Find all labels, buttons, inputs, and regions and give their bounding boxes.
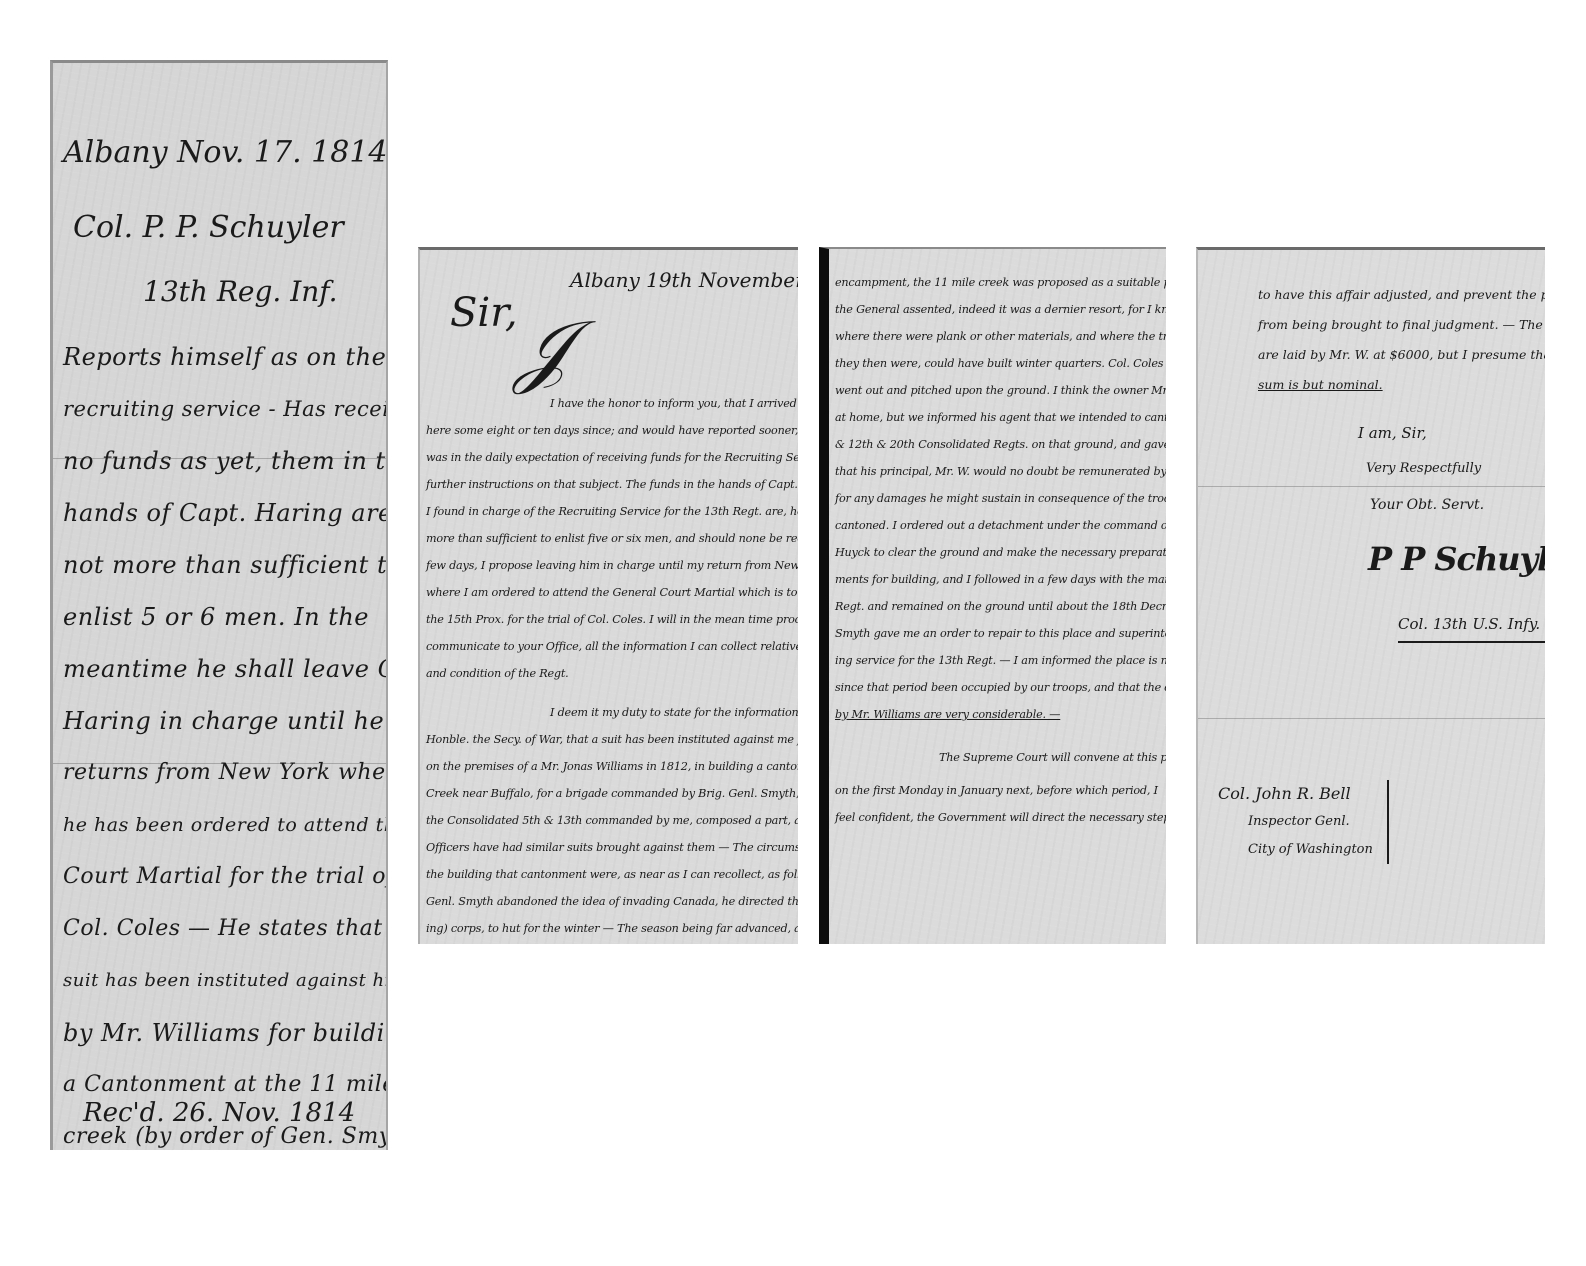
- letter-line: ing) corps, to hut for the winter — The …: [420, 915, 798, 942]
- letter-line: I have the honor to inform you, that I a…: [420, 390, 798, 417]
- letter-line: ing service for the 13th Regt. — I am in…: [829, 647, 1166, 674]
- summary-line: by Mr. Williams for building: [53, 1007, 388, 1059]
- letter-line: feel confident, the Government will dire…: [829, 804, 1166, 831]
- closing-line: Very Respectfully: [1338, 451, 1484, 487]
- letter-line: further instructions on that subject. Th…: [420, 471, 798, 498]
- letter-salutation: Sir,: [450, 290, 518, 336]
- letter-body: encampment, the 11 mile creek was propos…: [829, 269, 1166, 831]
- decorative-initial: 𝒥: [515, 310, 570, 390]
- letter-line: I deem it my duty to state for the infor…: [420, 699, 798, 726]
- summary-line: enlist 5 or 6 men. In the: [53, 591, 388, 643]
- summary-line: he has been ordered to attend the: [53, 799, 388, 851]
- manuscript-page-letter-1: Albany 19th November 1814. Sir, 𝒥 I have…: [418, 247, 798, 944]
- letter-line: was in the daily expectation of receivin…: [420, 444, 798, 471]
- summary-line: returns from New York where: [53, 747, 388, 799]
- letter-line: on the first Monday in January next, bef…: [829, 777, 1166, 804]
- letter-line: the building that cantonment were, as ne…: [420, 861, 798, 888]
- letter-line: at home, but we informed his agent that …: [829, 404, 1166, 431]
- fold-line: [1198, 718, 1545, 719]
- letter-closing: I am, Sir, Very Respectfully Your Obt. S…: [1338, 415, 1484, 523]
- letter-line: where I am ordered to attend the General…: [420, 579, 798, 606]
- letter-line: by Mr. Williams are very considerable. —: [829, 701, 1166, 728]
- letter-line: and condition of the Regt.: [420, 660, 798, 687]
- regiment-heading: 13th Reg. Inf.: [143, 278, 338, 306]
- closing-line: Your Obt. Servt.: [1338, 487, 1484, 523]
- summary-line: no funds as yet, them in the: [53, 435, 388, 487]
- letter-line: on the premises of a Mr. Jonas Williams …: [420, 753, 798, 780]
- letter-line: they then were, could have built winter …: [829, 350, 1166, 377]
- letter-line: the General assented, indeed it was a de…: [829, 296, 1166, 323]
- received-date: Rec'd. 26. Nov. 1814: [83, 1098, 355, 1128]
- summary-line: hands of Capt. Haring are: [53, 487, 388, 539]
- letter-line: cantoned. I ordered out a detachment und…: [829, 512, 1166, 539]
- letter-line: eligible site, or materials for building…: [420, 942, 798, 944]
- manuscript-page-letter-3: to have this affair adjusted, and preven…: [1196, 247, 1545, 944]
- place-date-heading: Albany Nov. 17. 1814: [63, 138, 388, 168]
- letter-line: Smyth gave me an order to repair to this…: [829, 620, 1166, 647]
- officer-name-heading: Col. P. P. Schuyler: [73, 213, 344, 243]
- letter-line: Huyck to clear the ground and make the n…: [829, 539, 1166, 566]
- letter-line: few days, I propose leaving him in charg…: [420, 552, 798, 579]
- letter-line: I found in charge of the Recruiting Serv…: [420, 498, 798, 525]
- letter-line: since that period been occupied by our t…: [829, 674, 1166, 701]
- manuscript-page-register-summary: Albany Nov. 17. 1814 Col. P. P. Schuyler…: [50, 60, 388, 1150]
- letter-line: communicate to your Office, all the info…: [420, 633, 798, 660]
- summary-line: not more than sufficient to: [53, 539, 388, 591]
- summary-line: meantime he shall leave Capt.: [53, 643, 388, 695]
- letter-line: for any damages he might sustain in cons…: [829, 485, 1166, 512]
- letter-line: that his principal, Mr. W. would no doub…: [829, 458, 1166, 485]
- summary-line: Haring in charge until he: [53, 695, 388, 747]
- letter-line: Honble. the Secy. of War, that a suit ha…: [420, 726, 798, 753]
- letter-line: encampment, the 11 mile creek was propos…: [829, 269, 1166, 296]
- letter-line: ments for building, and I followed in a …: [829, 566, 1166, 593]
- letter-line: Officers have had similar suits brought …: [420, 834, 798, 861]
- signature: P P Schuyler: [1368, 540, 1545, 578]
- address-block: Col. John R. Bell Inspector Genl. City o…: [1218, 780, 1389, 864]
- summary-line: Col. Coles — He states that a: [53, 903, 388, 955]
- letter-line: the 15th Prox. for the trial of Col. Col…: [420, 606, 798, 633]
- letter-line: Genl. Smyth abandoned the idea of invadi…: [420, 888, 798, 915]
- letter-line: sum is but nominal.: [1258, 370, 1543, 400]
- letter-line: here some eight or ten days since; and w…: [420, 417, 798, 444]
- letter-body: I have the honor to inform you, that I a…: [420, 390, 798, 944]
- letter-line: The Supreme Court will convene at this p…: [829, 744, 1166, 771]
- letter-dateline: Albany 19th November 1814.: [570, 268, 798, 292]
- manuscript-page-letter-2: encampment, the 11 mile creek was propos…: [819, 247, 1166, 944]
- letter-line: Regt. and remained on the ground until a…: [829, 593, 1166, 620]
- summary-line: Court Martial for the trial of: [53, 851, 388, 903]
- address-line: Inspector Genl.: [1218, 808, 1373, 836]
- letter-line: from being brought to final judgment. — …: [1258, 310, 1543, 340]
- letter-line: went out and pitched upon the ground. I …: [829, 377, 1166, 404]
- letter-body: to have this affair adjusted, and preven…: [1258, 280, 1543, 400]
- summary-line: recruiting service - Has received: [53, 383, 388, 435]
- letter-line: where there were plank or other material…: [829, 323, 1166, 350]
- summary-line: Reports himself as on the: [53, 331, 388, 383]
- address-line: Col. John R. Bell: [1218, 780, 1373, 808]
- letter-line: more than sufficient to enlist five or s…: [420, 525, 798, 552]
- address-line: City of Washington: [1218, 836, 1373, 864]
- letter-line: the Consolidated 5th & 13th commanded by…: [420, 807, 798, 834]
- signature-title: Col. 13th U.S. Infy.: [1398, 615, 1545, 643]
- letter-line: to have this affair adjusted, and preven…: [1258, 280, 1543, 310]
- closing-line: I am, Sir,: [1338, 415, 1484, 451]
- letter-line: are laid by Mr. W. at $6000, but I presu…: [1258, 340, 1543, 370]
- letter-line: Creek near Buffalo, for a brigade comman…: [420, 780, 798, 807]
- summary-body: Reports himself as on the recruiting ser…: [53, 331, 388, 1150]
- letter-line: & 12th & 20th Consolidated Regts. on tha…: [829, 431, 1166, 458]
- summary-line: suit has been instituted against him: [53, 955, 388, 1007]
